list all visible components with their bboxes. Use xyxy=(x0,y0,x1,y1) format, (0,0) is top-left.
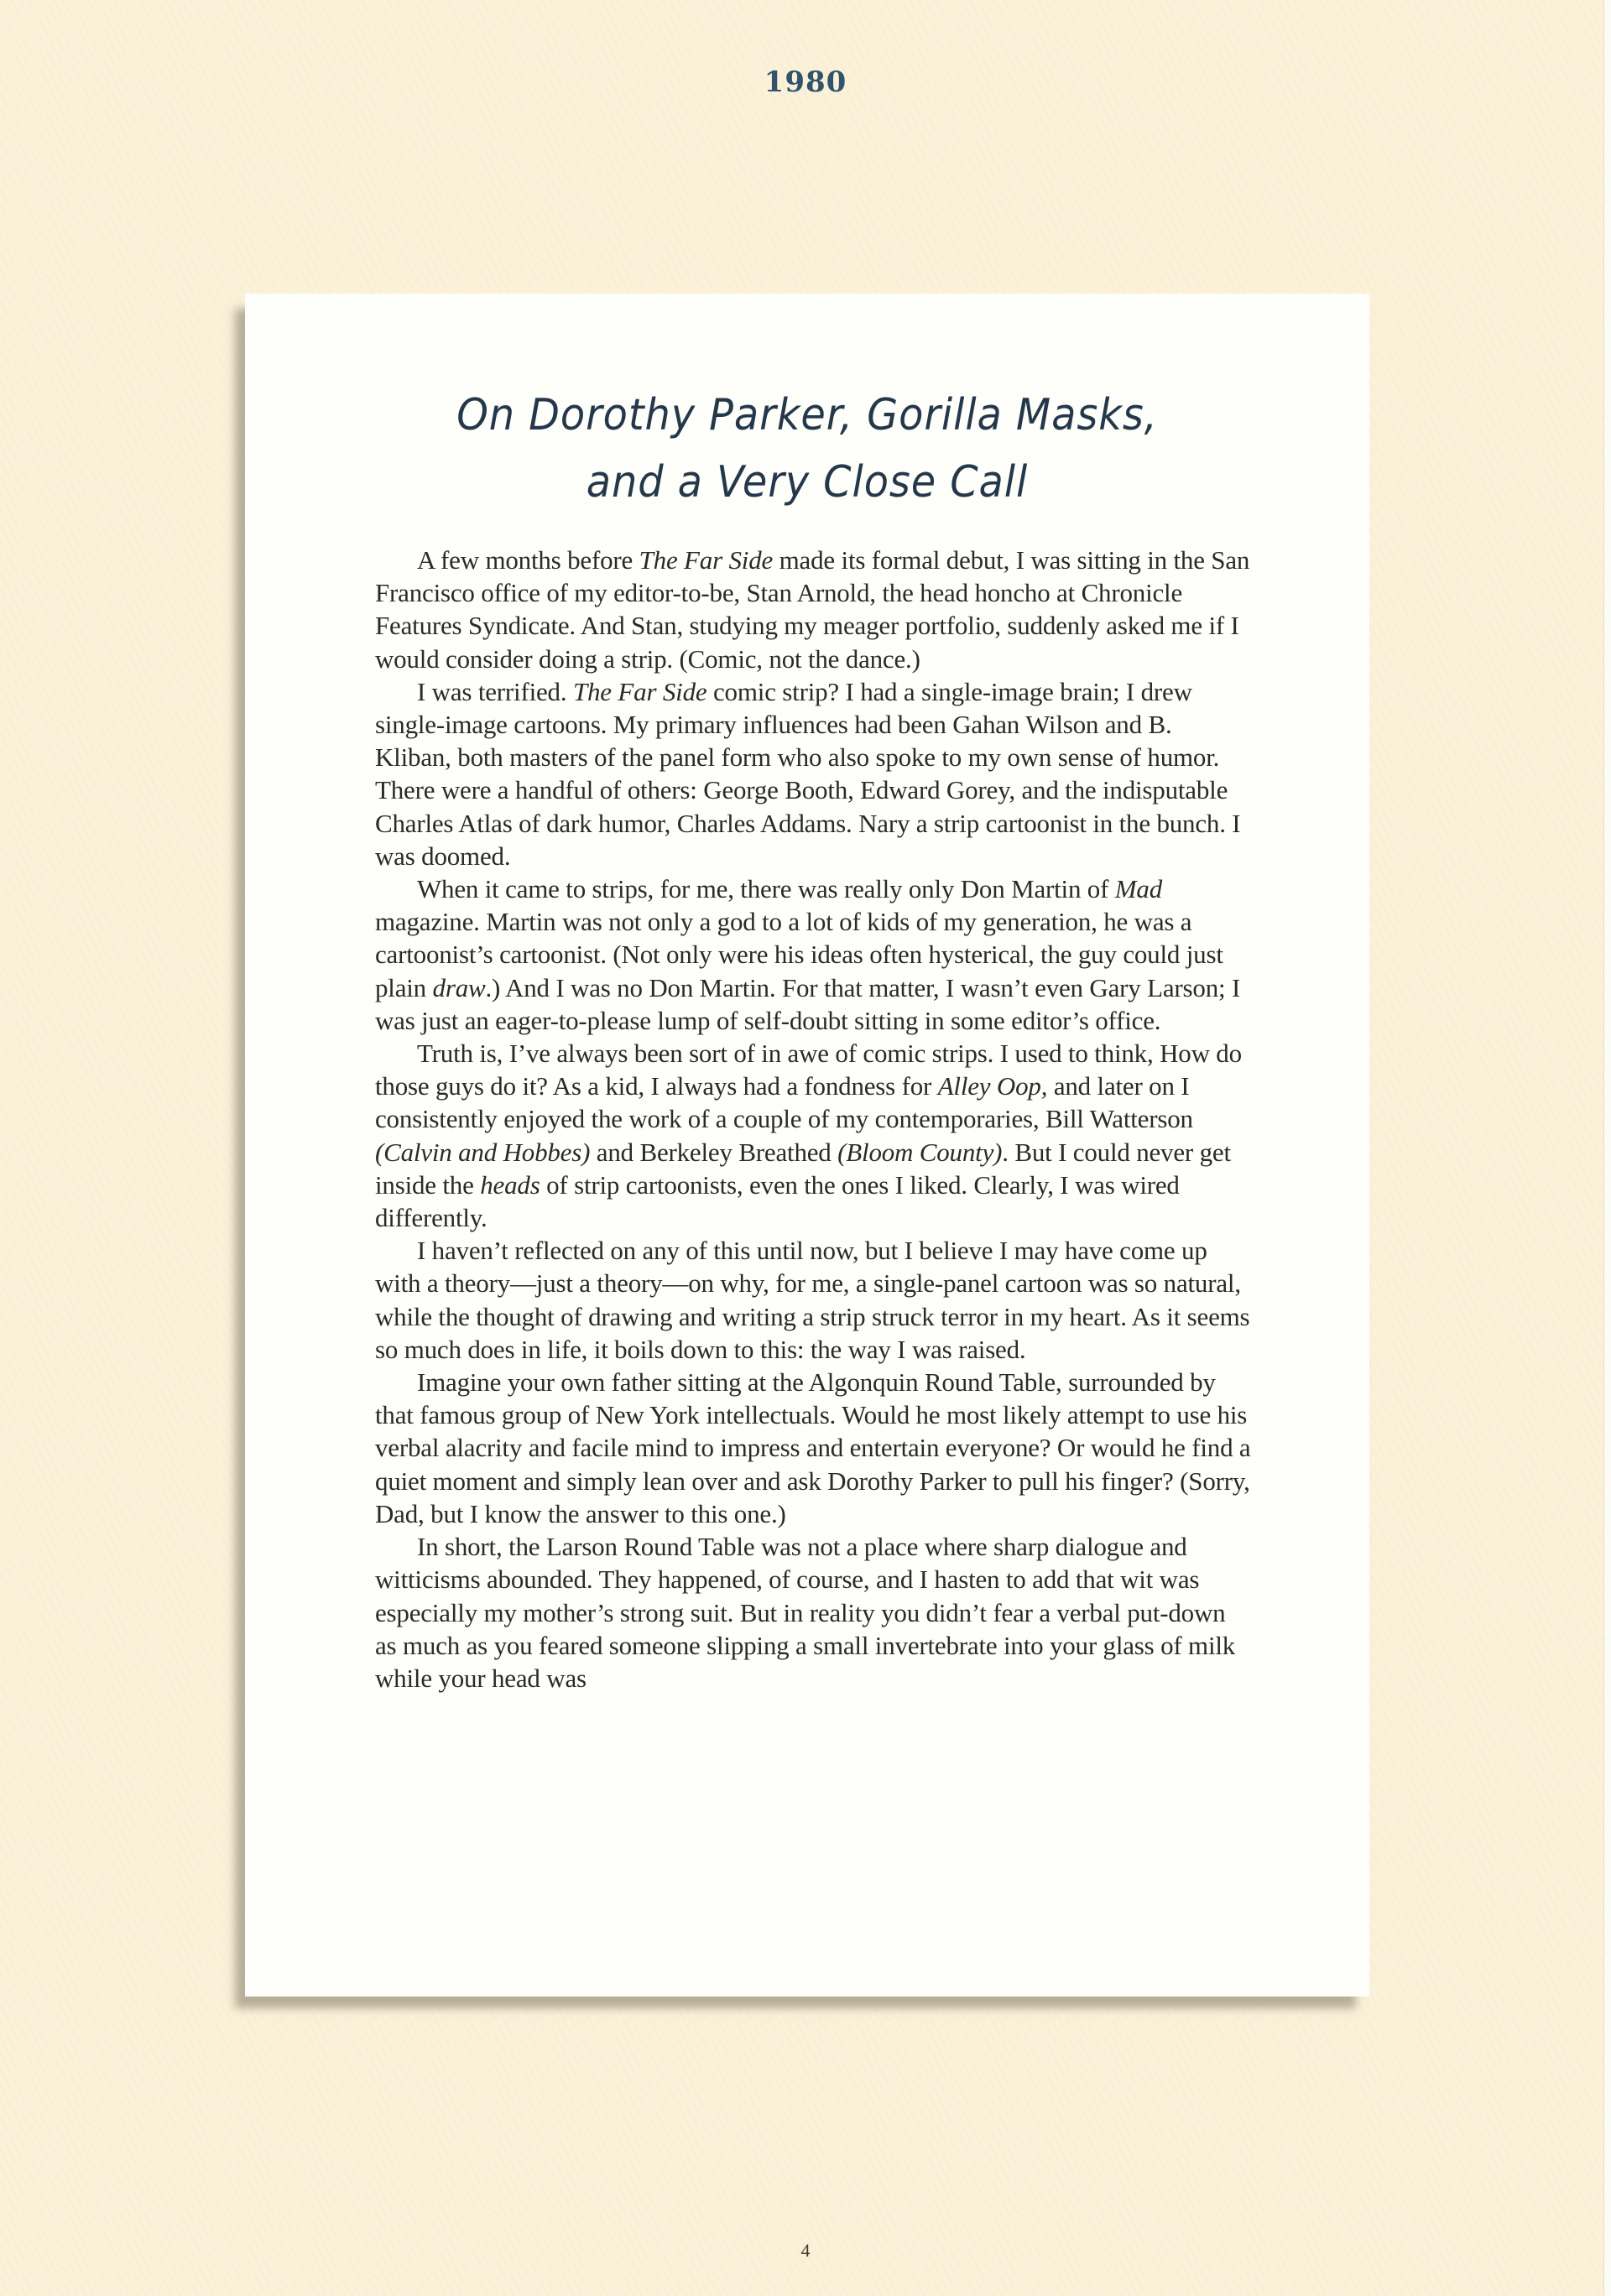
body-paragraph: Truth is, I’ve always been sort of in aw… xyxy=(375,1037,1252,1234)
year-heading: 1980 xyxy=(0,65,1611,99)
paragraph-text: When it came to strips, for me, there wa… xyxy=(417,874,1115,903)
chapter-title-line-2: and a Very Close Call xyxy=(290,449,1325,516)
italic-title-text: (Bloom County) xyxy=(837,1138,1002,1167)
paragraph-text: In short, the Larson Round Table was not… xyxy=(375,1532,1235,1693)
page-number: 4 xyxy=(0,2240,1611,2262)
italic-title-text: (Calvin and Hobbes) xyxy=(375,1138,590,1167)
body-paragraph: I was terrified. The Far Side comic stri… xyxy=(375,675,1252,872)
text-card: On Dorothy Parker, Gorilla Masks, and a … xyxy=(245,294,1369,1997)
paragraph-text: and Berkeley Breathed xyxy=(590,1138,837,1167)
body-paragraph: I haven’t reflected on any of this until… xyxy=(375,1234,1252,1366)
chapter-title-line-1: On Dorothy Parker, Gorilla Masks, xyxy=(290,382,1325,449)
body-text: A few months before The Far Side made it… xyxy=(375,544,1252,1695)
chapter-title: On Dorothy Parker, Gorilla Masks, and a … xyxy=(290,382,1325,516)
body-paragraph: When it came to strips, for me, there wa… xyxy=(375,872,1252,1037)
body-paragraph: A few months before The Far Side made it… xyxy=(375,544,1252,675)
page-right-edge xyxy=(1603,0,1611,2296)
body-paragraph: In short, the Larson Round Table was not… xyxy=(375,1530,1252,1695)
italic-title-text: The Far Side xyxy=(573,677,706,706)
paragraph-text: I haven’t reflected on any of this until… xyxy=(375,1236,1249,1364)
italic-title-text: draw xyxy=(433,973,486,1002)
paragraph-text: I was terrified. xyxy=(417,677,573,706)
paragraph-text: A few months before xyxy=(417,545,639,575)
italic-title-text: Mad xyxy=(1115,874,1162,903)
italic-title-text: The Far Side xyxy=(639,545,773,575)
paragraph-text: Imagine your own father sitting at the A… xyxy=(375,1367,1250,1528)
paragraph-text: .) And I was no Don Martin. For that mat… xyxy=(375,973,1240,1035)
italic-title-text: heads xyxy=(480,1170,540,1200)
body-paragraph: Imagine your own father sitting at the A… xyxy=(375,1366,1252,1530)
italic-title-text: Alley Oop, xyxy=(938,1071,1048,1101)
